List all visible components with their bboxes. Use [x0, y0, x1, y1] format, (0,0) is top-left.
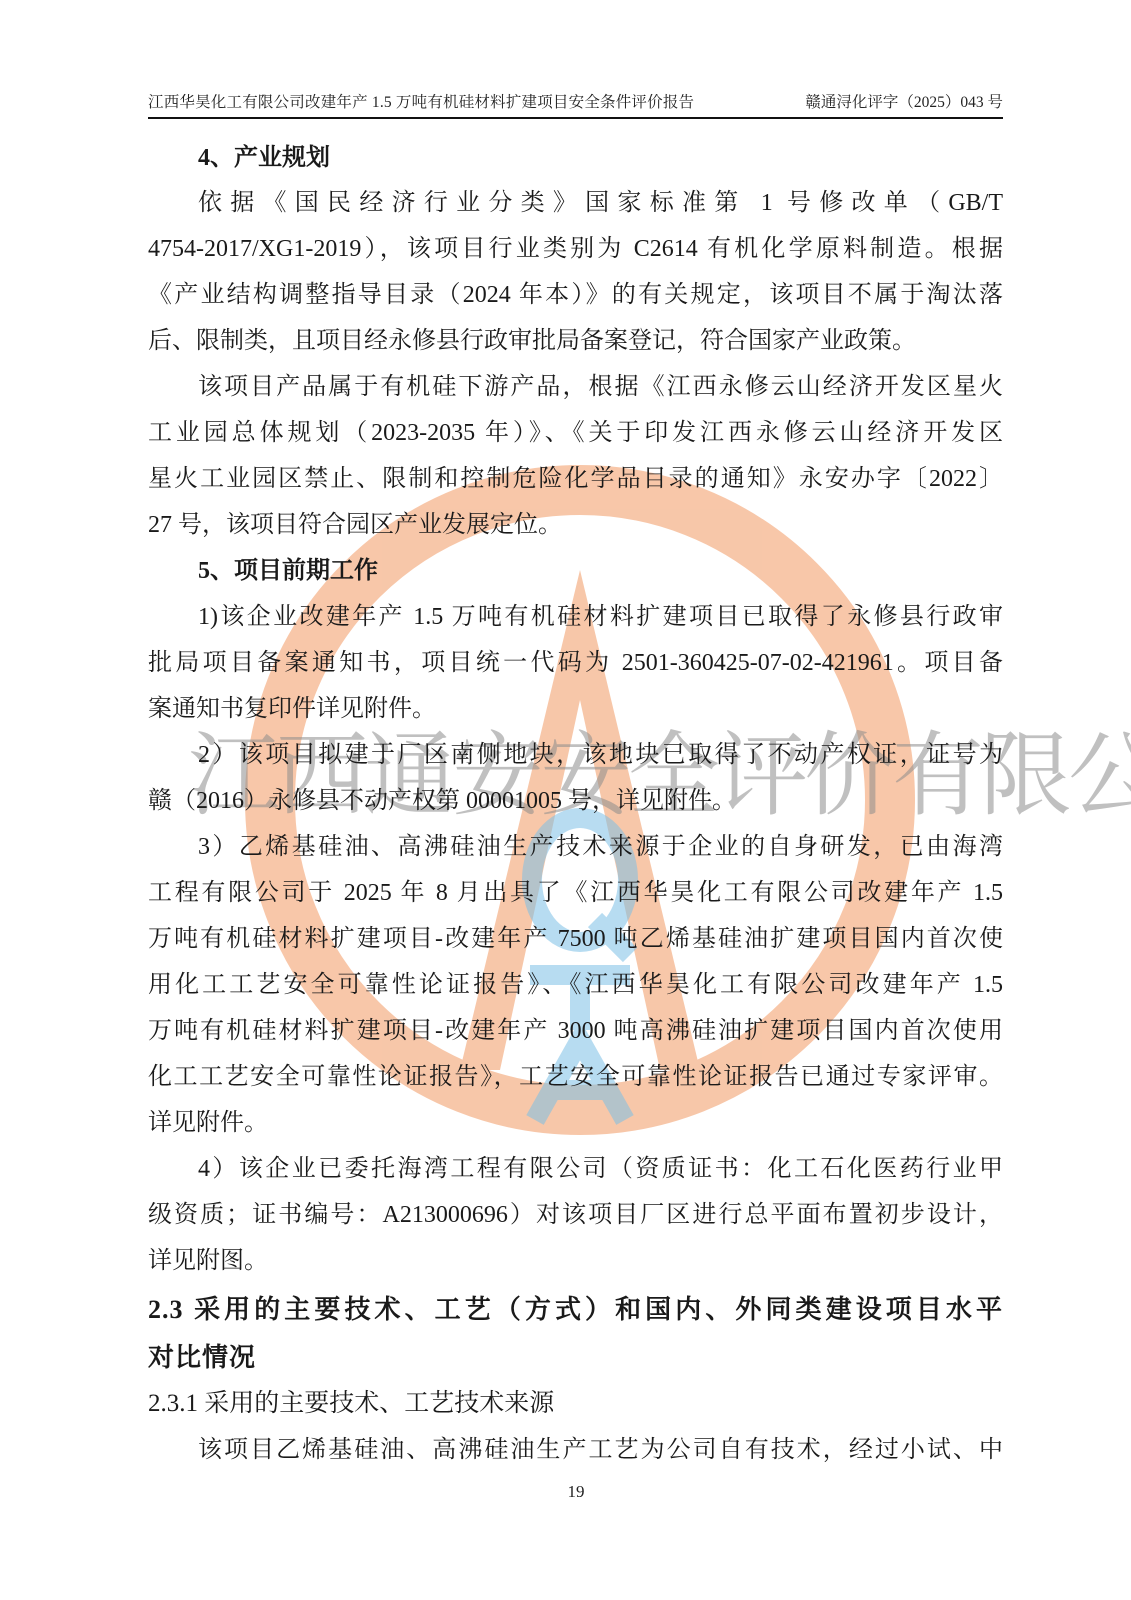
- section-heading-2-3: 2.3 采用的主要技术、工艺（方式）和国内、外同类建设项目水平: [148, 1290, 1003, 1330]
- document-page: 江西华昊化工有限公司改建年产 1.5 万吨有机硅材料扩建项目安全条件评价报告 赣…: [0, 0, 1131, 1600]
- list-item-line: 2）该项目拟建于厂区南侧地块，该地块已取得了不动产权证，证号为: [148, 735, 1003, 775]
- list-item-line: 3）乙烯基硅油、高沸硅油生产技术来源于企业的自身研发，已由海湾: [148, 827, 1003, 867]
- page-number: 19: [556, 1482, 596, 1502]
- list-item-line: 级资质；证书编号：A213000696）对该项目厂区进行总平面布置初步设计，: [148, 1195, 1003, 1235]
- list-item-line: 万吨有机硅材料扩建项目-改建年产 3000 吨高沸硅油扩建项目国内首次使用: [148, 1011, 1003, 1051]
- list-item-line: 详见附图。: [148, 1241, 1003, 1281]
- paragraph-line: 工业园总体规划（2023-2035 年）》、《关于印发江西永修云山经济开发区: [148, 413, 1003, 453]
- header-doc-number: 赣通浔化评字（2025）043 号: [805, 92, 1003, 114]
- running-header: 江西华昊化工有限公司改建年产 1.5 万吨有机硅材料扩建项目安全条件评价报告 赣…: [148, 92, 1003, 116]
- list-item-line: 用化工工艺安全可靠性论证报告》、《江西华昊化工有限公司改建年产 1.5: [148, 965, 1003, 1005]
- list-item-line: 批局项目备案通知书，项目统一代码为 2501-360425-07-02-4219…: [148, 643, 1003, 683]
- heading-industry-planning: 4、产业规划: [148, 138, 1003, 178]
- list-item-line: 1)该企业改建年产 1.5 万吨有机硅材料扩建项目已取得了永修县行政审: [148, 597, 1003, 637]
- paragraph-line: 该项目产品属于有机硅下游产品，根据《江西永修云山经济开发区星火: [148, 367, 1003, 407]
- list-item-line: 4）该企业已委托海湾工程有限公司（资质证书：化工石化医药行业甲: [148, 1149, 1003, 1189]
- section-heading-2-3-cont: 对比情况: [148, 1338, 1003, 1378]
- list-item-line: 案通知书复印件详见附件。: [148, 689, 1003, 729]
- list-item-line: 详见附件。: [148, 1103, 1003, 1143]
- paragraph-line: 后、限制类，且项目经永修县行政审批局备案登记，符合国家产业政策。: [148, 321, 1003, 361]
- list-item-line: 化工工艺安全可靠性论证报告》，工艺安全可靠性论证报告已通过专家评审。: [148, 1057, 1003, 1097]
- header-title: 江西华昊化工有限公司改建年产 1.5 万吨有机硅材料扩建项目安全条件评价报告: [148, 92, 694, 114]
- list-item-line: 工程有限公司于 2025 年 8 月出具了《江西华昊化工有限公司改建年产 1.5: [148, 873, 1003, 913]
- list-item-line: 万吨有机硅材料扩建项目-改建年产 7500 吨乙烯基硅油扩建项目国内首次使: [148, 919, 1003, 959]
- list-item-line: 赣（2016）永修县不动产权第 00001005 号，详见附件。: [148, 781, 1003, 821]
- subsection-heading-2-3-1: 2.3.1 采用的主要技术、工艺技术来源: [148, 1384, 1003, 1424]
- paragraph-line: 该项目乙烯基硅油、高沸硅油生产工艺为公司自有技术，经过小试、中: [148, 1430, 1003, 1470]
- paragraph-line: 27 号，该项目符合园区产业发展定位。: [148, 505, 1003, 545]
- header-rule: [148, 117, 1003, 119]
- paragraph-line: 4754-2017/XG1-2019），该项目行业类别为 C2614 有机化学原…: [148, 229, 1003, 269]
- paragraph-line: 《产业结构调整指导目录（2024 年本）》的有关规定，该项目不属于淘汰落: [148, 275, 1003, 315]
- paragraph-line: 星火工业园区禁止、限制和控制危险化学品目录的通知》永安办字〔2022〕: [148, 459, 1003, 499]
- heading-preliminary-work: 5、项目前期工作: [148, 551, 1003, 591]
- paragraph-line: 依据《国民经济行业分类》国家标准第 1 号修改单（GB/T: [148, 183, 1003, 223]
